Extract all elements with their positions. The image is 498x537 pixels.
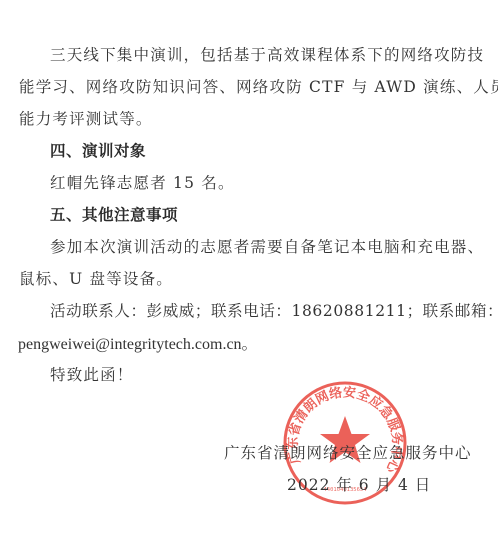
paragraph-line: 能学习、网络攻防知识问答、网络攻防 CTF 与 AWD 演练、人员 xyxy=(19,75,498,97)
contact-email: pengweiwei@integritytech.com.cn。 xyxy=(18,331,258,354)
signature-organization: 广东省清朗网络安全应急服务中心 xyxy=(224,441,472,463)
paragraph-line: 三天线下集中演训，包括基于高效课程体系下的网络攻防技 xyxy=(50,43,484,65)
paragraph-line: 能力考评测试等。 xyxy=(19,107,153,129)
section-heading-5: 五、其他注意事项 xyxy=(50,203,178,225)
paragraph-line: 红帽先锋志愿者 15 名。 xyxy=(50,171,235,193)
signature-date: 2022 年 6 月 4 日 xyxy=(287,473,431,495)
closing-line: 特致此函！ xyxy=(50,363,134,385)
paragraph-line: 参加本次演训活动的志愿者需要自备笔记本电脑和充电器、 xyxy=(50,235,484,257)
contact-line: 活动联系人：彭威威；联系电话：18620881211；联系邮箱： xyxy=(50,299,498,321)
paragraph-line: 鼠标、U 盘等设备。 xyxy=(19,267,173,289)
section-heading-4: 四、演训对象 xyxy=(50,139,146,161)
